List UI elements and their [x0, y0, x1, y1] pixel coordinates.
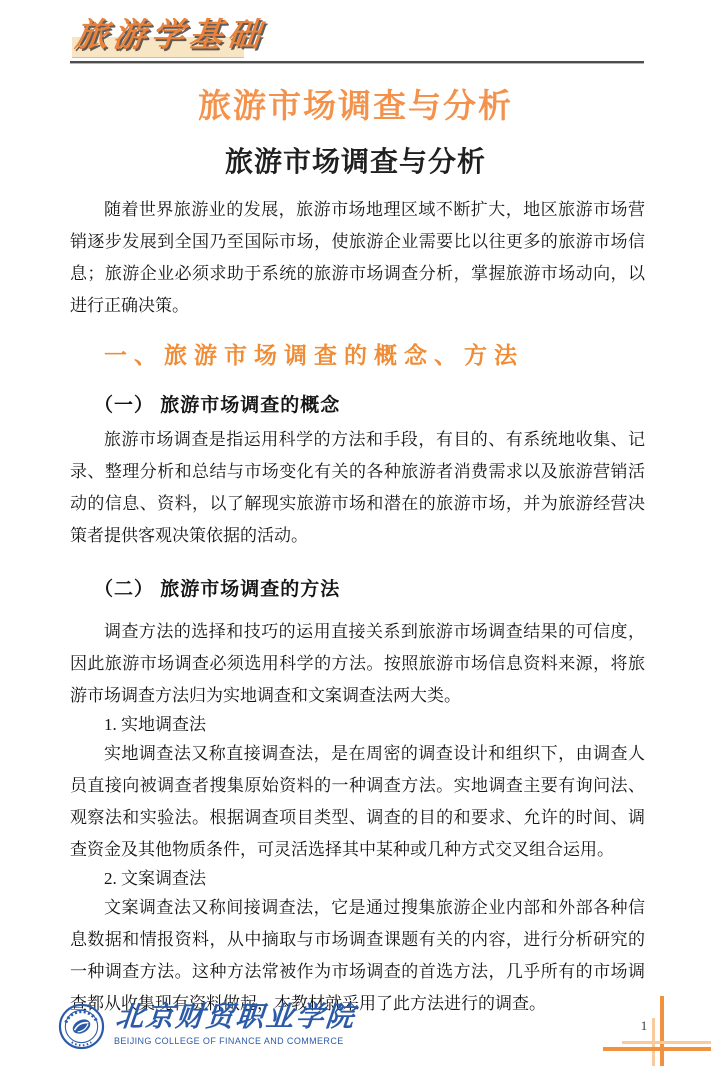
subsection-2-paragraph: 调查方法的选择和技巧的运用直接关系到旅游市场调查结果的可信度，因此旅游市场调查必…	[70, 616, 645, 712]
college-name-english: BEIJING COLLEGE OF FINANCE AND COMMERCE	[114, 1036, 354, 1047]
header-divider	[70, 61, 644, 63]
college-seal-icon	[58, 1003, 105, 1050]
method-1-label: 1. 实地调查法	[70, 712, 645, 738]
corner-vline-dark	[660, 996, 664, 1066]
corner-hline-dark	[603, 1047, 711, 1051]
subsection-2-heading: （二） 旅游市场调查的方法	[70, 576, 645, 604]
subsection-1-heading: （一） 旅游市场调查的概念	[70, 392, 645, 420]
page-number: 1	[636, 1018, 652, 1034]
page-body: 随着世界旅游业的发展，旅游市场地理区域不断扩大，地区旅游市场营销逐步发展到全国乃…	[70, 194, 645, 1020]
section-1-heading: 一、旅游市场调查的概念、方法	[70, 340, 645, 372]
series-title-calligraphy: 旅游学基础	[73, 16, 267, 56]
corner-hline-light	[622, 1041, 711, 1044]
corner-vline-light	[652, 1018, 655, 1066]
series-logo-banner: 旅游学基础	[71, 10, 331, 60]
chapter-title-orange: 旅游市场调查与分析	[0, 80, 711, 127]
method-1-paragraph: 实地调查法又称直接调查法，是在周密的调查设计和组织下，由调查人员直接向被调查者搜…	[70, 738, 645, 866]
chapter-title-black: 旅游市场调查与分析	[0, 140, 711, 180]
college-logo: 北京财贸职业学院 BEIJING COLLEGE OF FINANCE AND …	[58, 1000, 354, 1050]
intro-paragraph: 随着世界旅游业的发展，旅游市场地理区域不断扩大，地区旅游市场营销逐步发展到全国乃…	[70, 194, 645, 322]
document-page: 旅游学基础 旅游市场调查与分析 旅游市场调查与分析 随着世界旅游业的发展，旅游市…	[0, 0, 711, 1066]
method-2-label: 2. 文案调查法	[70, 866, 645, 892]
subsection-1-paragraph: 旅游市场调查是指运用科学的方法和手段，有目的、有系统地收集、记录、整理分析和总结…	[70, 424, 645, 552]
college-name-block: 北京财贸职业学院 BEIJING COLLEGE OF FINANCE AND …	[114, 1000, 354, 1047]
college-name-chinese: 北京财贸职业学院	[114, 1000, 357, 1036]
